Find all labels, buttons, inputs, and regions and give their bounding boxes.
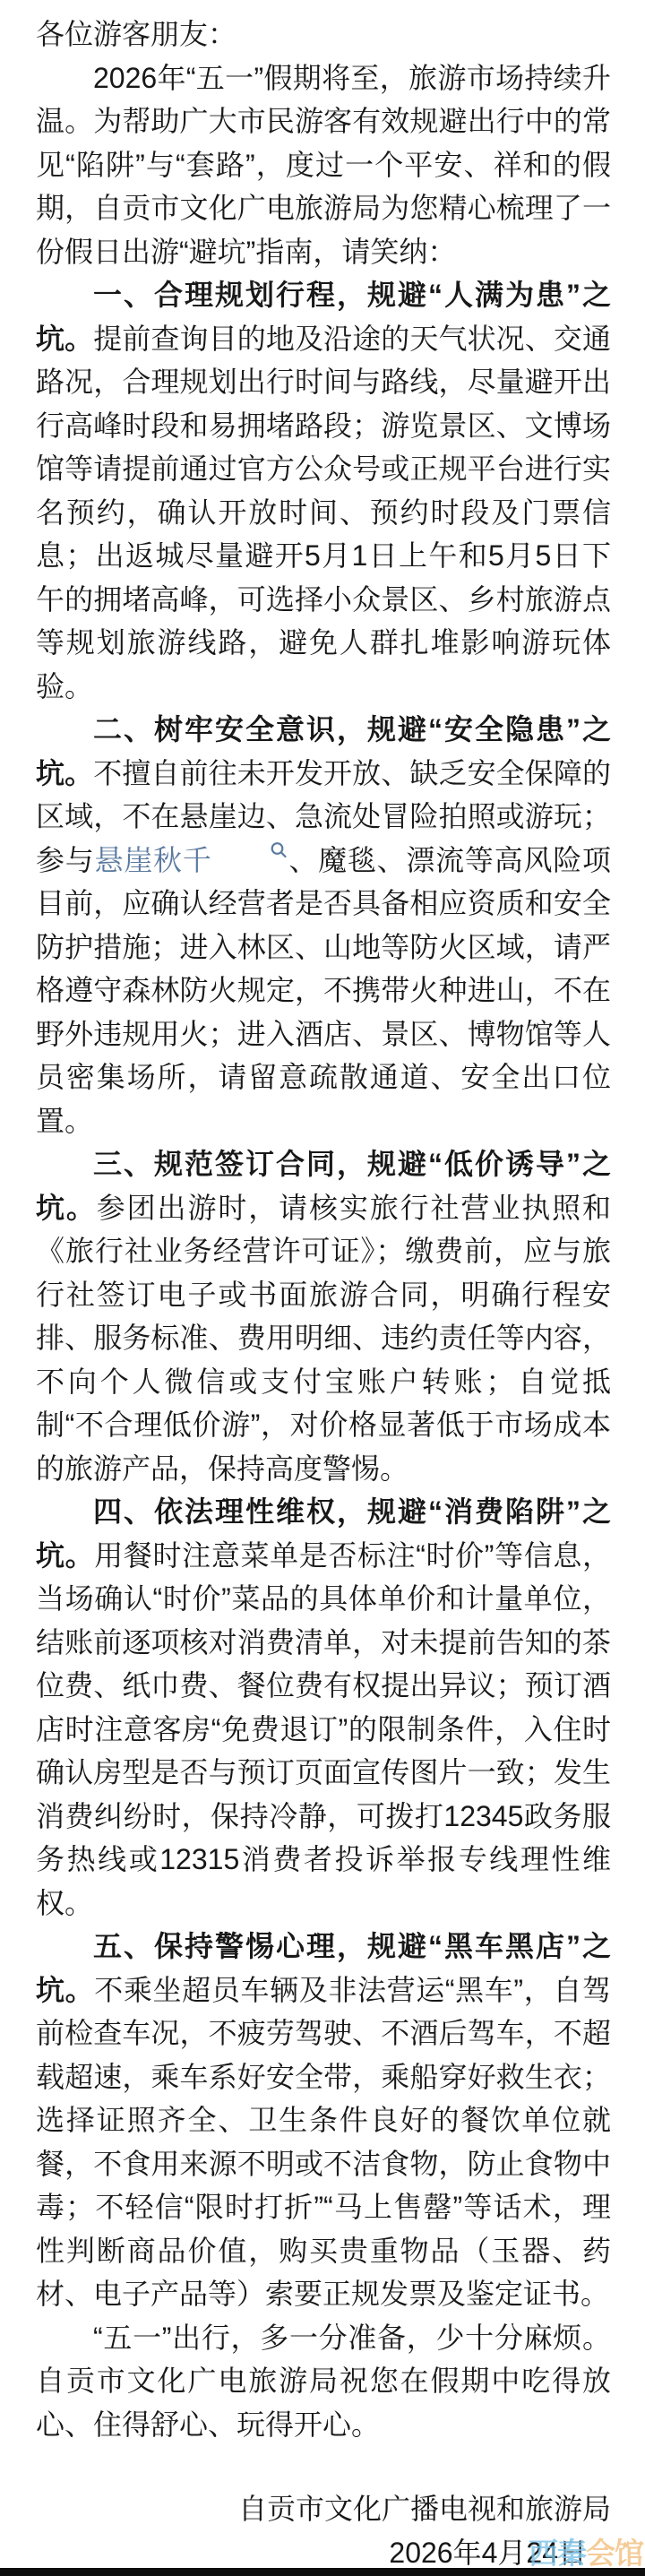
section-1-body: 提前查询目的地及沿途的天气状况、交通路况，合理规划出行时间与路线，尽量避开出行高… (36, 323, 611, 702)
paragraph-salutation: 各位游客朋友： (36, 13, 611, 56)
watermark-xiqin-huiguan: 西秦会馆 (529, 2530, 643, 2572)
paragraph-intro: 2026年“五一”假期将至，旅游市场持续升温。为帮助广大市民游客有效规避出行中的… (36, 56, 611, 274)
bottom-bar (0, 2568, 645, 2576)
intro-text: 2026年“五一”假期将至，旅游市场持续升温。为帮助广大市民游客有效规避出行中的… (36, 62, 611, 268)
salutation-text: 各位游客朋友： (36, 18, 236, 50)
closing-text: “五一”出行，多一分准备，少十分麻烦。自贡市文化广电旅游局祝您在假期中吃得放心、… (36, 2322, 611, 2441)
signature-org: 自贡市文化广播电视和旅游局 (36, 2487, 611, 2531)
article-body: 各位游客朋友： 2026年“五一”假期将至，旅游市场持续升温。为帮助广大市民游客… (0, 0, 645, 2574)
paragraph-section-5: 五、保持警惕心理，规避“黑车黑店”之坑。不乘坐超员车辆及非法营运“黑车”，自驾前… (36, 1925, 611, 2316)
cliff-swing-link-text: 悬崖秋千 (95, 844, 212, 876)
cliff-swing-search-link[interactable]: 悬崖秋千 (95, 844, 288, 876)
paragraph-section-3: 三、规范签订合同，规避“低价诱导”之坑。参团出游时，请核实旅行社营业执照和《旅行… (36, 1142, 611, 1490)
paragraph-section-4: 四、依法理性维权，规避“消费陷阱”之坑。用餐时注意菜单是否标注“时价”等信息，当… (36, 1490, 611, 1925)
paragraph-section-1: 一、合理规划行程，规避“人满为患”之坑。提前查询目的地及沿途的天气状况、交通路况… (36, 273, 611, 708)
paragraph-section-2: 二、树牢安全意识，规避“安全隐患”之坑。不擅自前往未开发开放、缺乏安全保障的区域… (36, 708, 611, 1142)
paragraph-closing: “五一”出行，多一分准备，少十分麻烦。自贡市文化广电旅游局祝您在假期中吃得放心、… (36, 2316, 611, 2447)
signature-org-text: 自贡市文化广播电视和旅游局 (238, 2493, 611, 2525)
signature-block: 自贡市文化广播电视和旅游局 2026年4月24日 (36, 2487, 611, 2574)
section-3-body: 参团出游时，请核实旅行社营业执照和《旅行社业务经营许可证》；缴费前，应与旅行社签… (36, 1192, 611, 1485)
section-4-body: 用餐时注意菜单是否标注“时价”等信息，当场确认“时价”菜品的具体单价和计量单位，… (36, 1539, 611, 1919)
search-icon (212, 840, 288, 861)
section-5-body: 不乘坐超员车辆及非法营运“黑车”，自驾前检查车况，不疲劳驾驶、不酒后驾车，不超载… (36, 1974, 611, 2311)
watermark-part-blue: 西秦 (529, 2537, 586, 2570)
watermark-part-orange: 会馆 (586, 2537, 643, 2570)
section-2-body-after-link: 、魔毯、漂流等高风险项目前，应确认经营者是否具备相应资质和安全防护措施；进入林区… (36, 844, 611, 1137)
